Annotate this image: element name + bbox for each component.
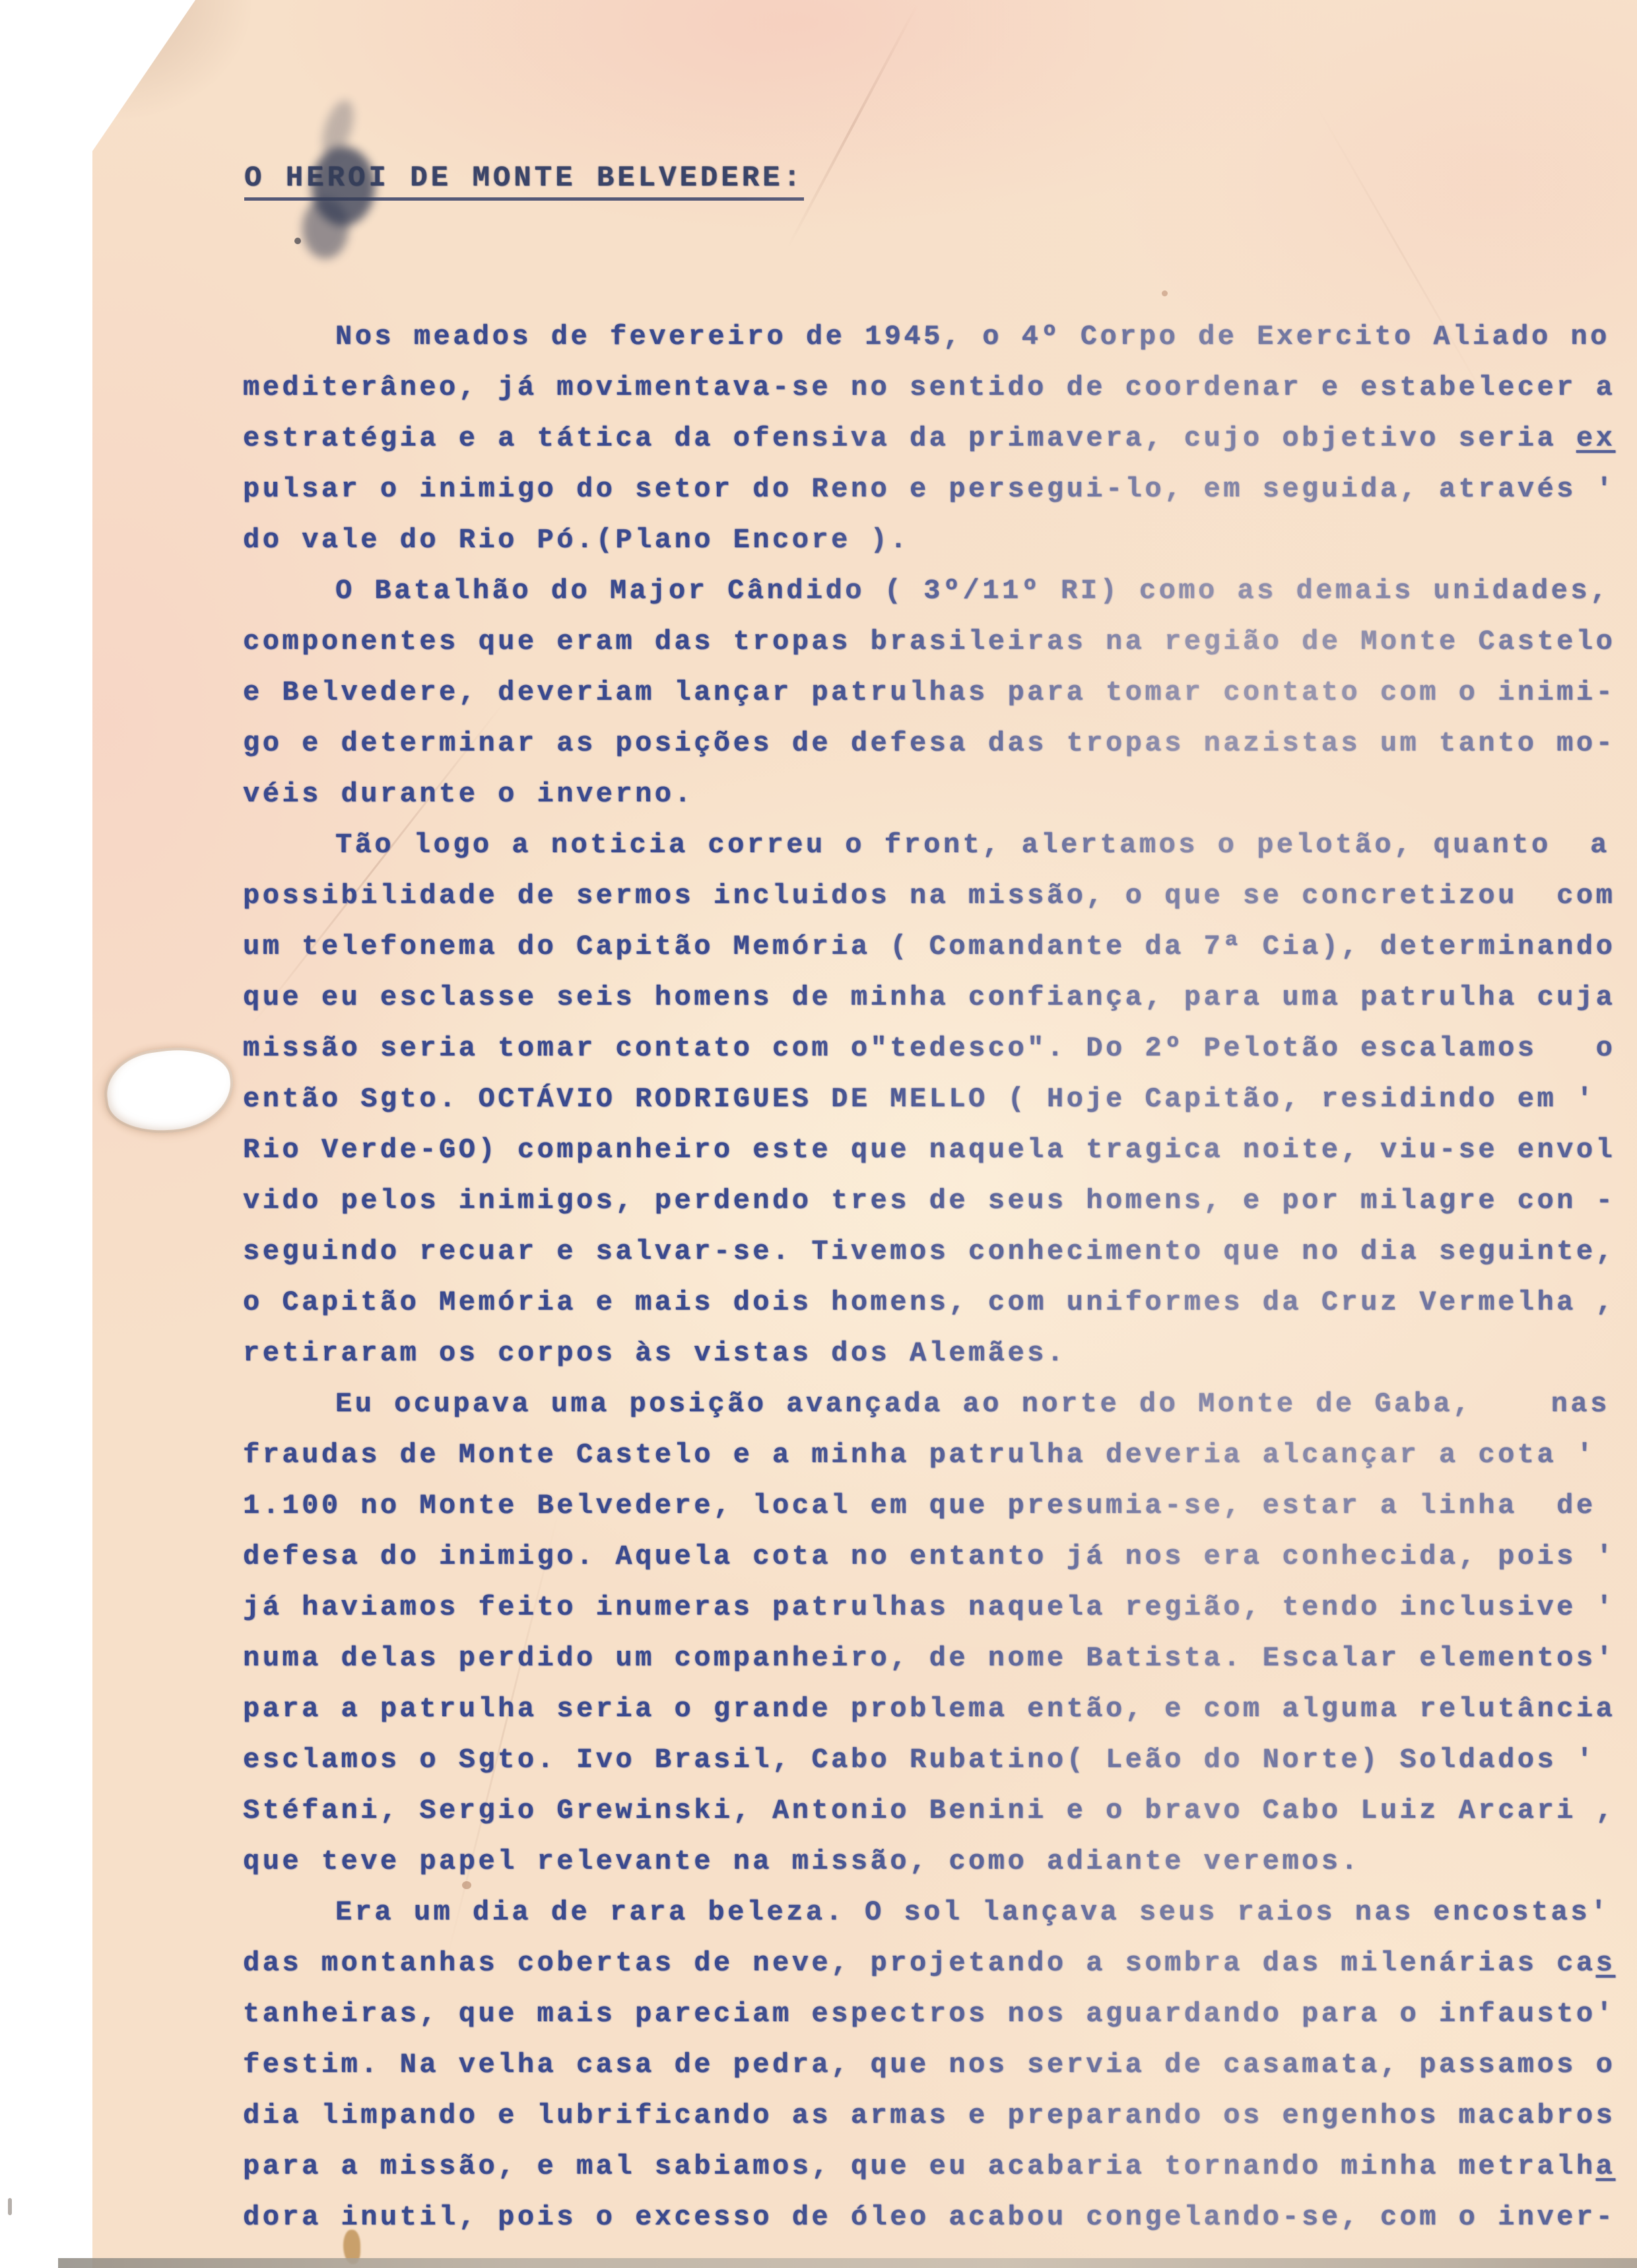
ink-smudge	[302, 198, 349, 259]
scan-background: { "colors": { "ink": "#3a4a8e", "paper":…	[0, 0, 1637, 2268]
text-line: que eu esclasse seis homens de minha con…	[243, 972, 1637, 1023]
text-line: estratégia e a tática da ofensiva da pri…	[243, 413, 1637, 464]
text-line: que teve papel relevante na missão, como…	[243, 1836, 1637, 1887]
text-line: esclamos o Sgto. Ivo Brasil, Cabo Rubati…	[243, 1735, 1637, 1785]
text-line: componentes que eram das tropas brasilei…	[243, 617, 1637, 667]
text-line: Era um dia de rara beleza. O sol lançava…	[243, 1887, 1637, 1938]
text-line: dora inutil, pois o excesso de óleo acab…	[243, 2192, 1637, 2243]
paper-crease	[787, 3, 919, 249]
text-line: mediterâneo, já movimentava-se no sentid…	[243, 362, 1637, 413]
text-line: Nos meados de fevereiro de 1945, o 4º Co…	[243, 312, 1637, 362]
text-line: Rio Verde-GO) companheiro este que naque…	[243, 1125, 1637, 1176]
text-line: festim. Na velha casa de pedra, que nos …	[243, 2040, 1637, 2090]
text-line: já haviamos feito inumeras patrulhas naq…	[243, 1582, 1637, 1633]
text-line: das montanhas cobertas de neve, projetan…	[243, 1938, 1637, 1989]
text-line: um telefonema do Capitão Memória ( Coman…	[243, 921, 1637, 972]
text-line: o Capitão Memória e mais dois homens, co…	[243, 1277, 1637, 1328]
torn-hole	[99, 1040, 239, 1141]
text-line: O Batalhão do Major Cândido ( 3º/11º RI)…	[243, 566, 1637, 617]
document-page: O HEROI DE MONTE BELVEDERE: Nos meados d…	[92, 0, 1637, 2268]
text-line: defesa do inimigo. Aquela cota no entant…	[243, 1531, 1637, 1582]
text-line: dia limpando e lubrificando as armas e p…	[243, 2090, 1637, 2141]
text-line: e Belvedere, deveriam lançar patrulhas p…	[243, 667, 1637, 718]
text-line: fraudas de Monte Castelo e a minha patru…	[243, 1430, 1637, 1481]
text-line: go e determinar as posições de defesa da…	[243, 718, 1637, 769]
text-line: véis durante o inverno.	[243, 769, 1637, 820]
paper-speck	[294, 238, 301, 244]
text-line: então Sgto. OCTÁVIO RODRIGUES DE MELLO (…	[243, 1074, 1637, 1125]
text-line: do vale do Rio Pó.(Plano Encore ).	[243, 515, 1637, 566]
text-line: numa delas perdido um companheiro, de no…	[243, 1633, 1637, 1684]
text-line: seguindo recuar e salvar-se. Tivemos con…	[243, 1226, 1637, 1277]
paper-speck	[8, 2198, 12, 2215]
bottom-scan-edge	[58, 2258, 1637, 2268]
text-line: para a patrulha seria o grande problema …	[243, 1684, 1637, 1735]
text-line: 1.100 no Monte Belvedere, local em que p…	[243, 1481, 1637, 1531]
text-line: tanheiras, que mais pareciam espectros n…	[243, 1989, 1637, 2040]
text-line: Tão logo a noticia correu o front, alert…	[243, 820, 1637, 871]
text-line: vido pelos inimigos, perdendo tres de se…	[243, 1176, 1637, 1226]
paper-speck	[462, 1881, 471, 1889]
text-line: para a missão, e mal sabiamos, que eu ac…	[243, 2141, 1637, 2192]
text-line: Stéfani, Sergio Grewinski, Antonio Benin…	[243, 1785, 1637, 1836]
text-line: pulsar o inimigo do setor do Reno e pers…	[243, 464, 1637, 515]
text-line: missão seria tomar contato com o"tedesco…	[243, 1023, 1637, 1074]
paper-speck	[1162, 290, 1168, 296]
text-line: Eu ocupava uma posição avançada ao norte…	[243, 1379, 1637, 1430]
text-line: possibilidade de sermos incluidos na mis…	[243, 871, 1637, 921]
text-line: retiraram os corpos às vistas dos Alemãe…	[243, 1328, 1637, 1379]
document-body: Nos meados de fevereiro de 1945, o 4º Co…	[243, 312, 1637, 2243]
